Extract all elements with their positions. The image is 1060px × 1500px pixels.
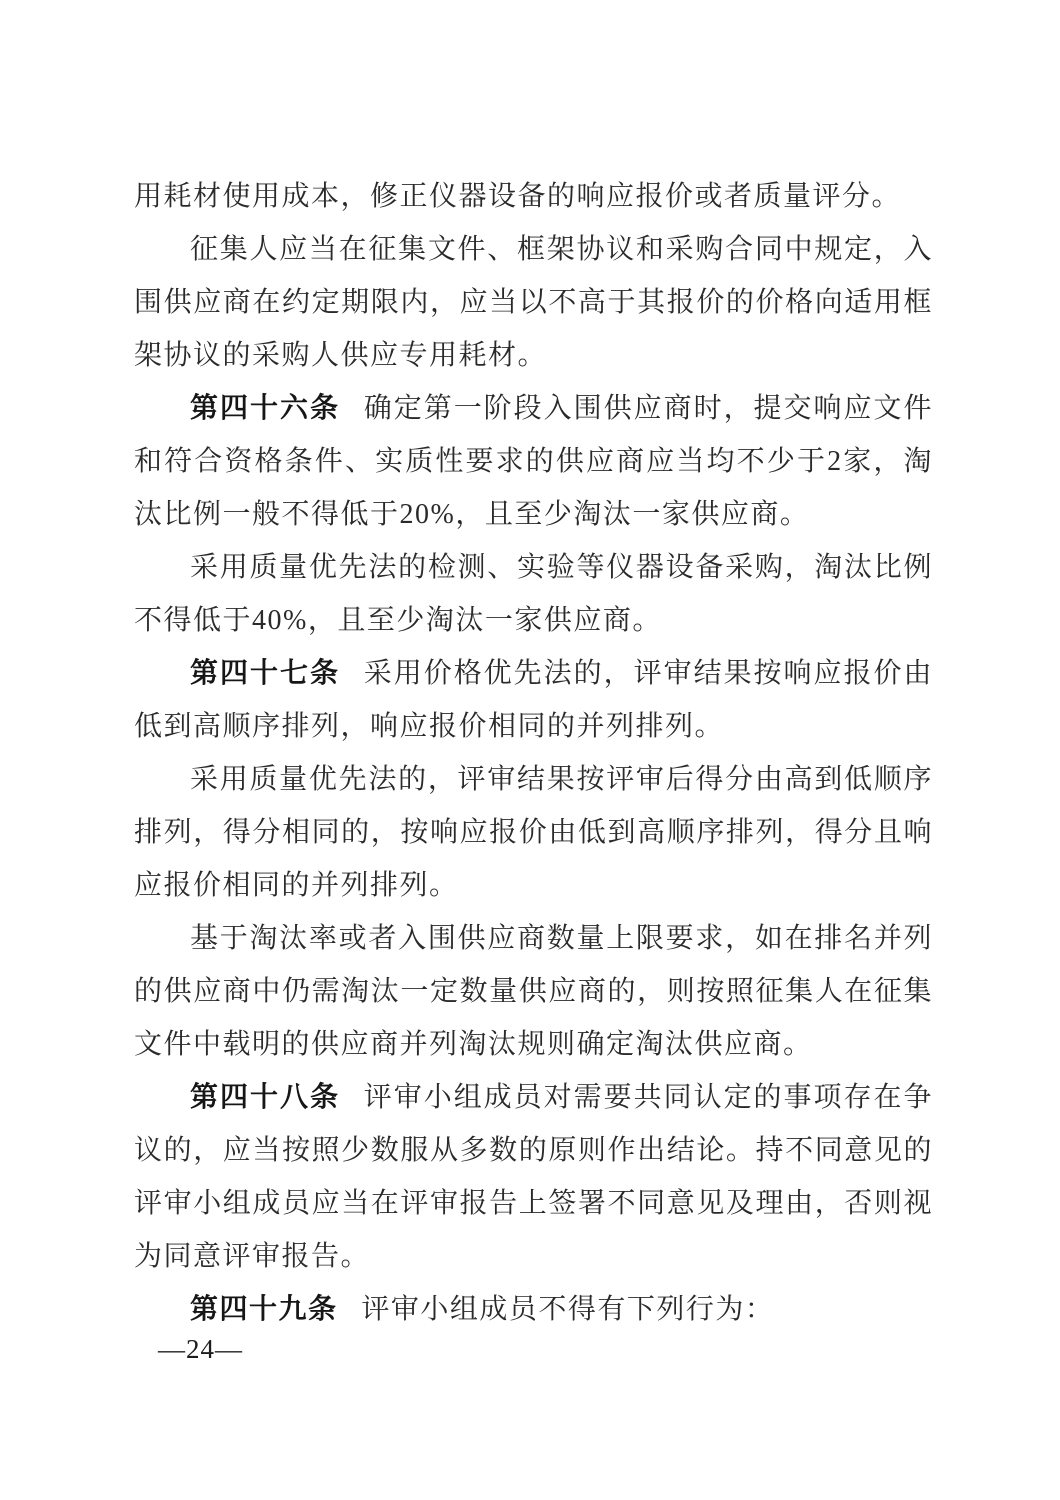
paragraph: 采用质量优先法的，评审结果按评审后得分由高到低顺序排列，得分相同的，按响应报价由… xyxy=(134,753,933,912)
article-48-number: 第四十八条 xyxy=(190,1082,340,1113)
paragraph: 基于淘汰率或者入围供应商数量上限要求，如在排名并列的供应商中仍需淘汰一定数量供应… xyxy=(134,912,933,1071)
article-47-number: 第四十七条 xyxy=(190,658,340,689)
paragraph-article-46: 第四十六条确定第一阶段入围供应商时，提交响应文件和符合资格条件、实质性要求的供应… xyxy=(134,382,933,541)
page-number: —24— xyxy=(158,1334,243,1365)
paragraph-continuation: 用耗材使用成本，修正仪器设备的响应报价或者质量评分。 xyxy=(134,170,933,223)
article-46-number: 第四十六条 xyxy=(190,393,340,424)
paragraph-text: 征集人应当在征集文件、框架协议和采购合同中规定，入围供应商在约定期限内，应当以不… xyxy=(134,234,933,371)
article-49-number: 第四十九条 xyxy=(190,1294,338,1325)
paragraph-article-47: 第四十七条采用价格优先法的，评审结果按响应报价由低到高顺序排列，响应报价相同的并… xyxy=(134,647,933,753)
paragraph-text: 用耗材使用成本，修正仪器设备的响应报价或者质量评分。 xyxy=(134,181,901,212)
paragraph: 采用质量优先法的检测、实验等仪器设备采购，淘汰比例不得低于40%，且至少淘汰一家… xyxy=(134,541,933,647)
paragraph: 征集人应当在征集文件、框架协议和采购合同中规定，入围供应商在约定期限内，应当以不… xyxy=(134,223,933,382)
paragraph-text: 评审小组成员不得有下列行为： xyxy=(361,1294,774,1325)
paragraph-text: 采用质量优先法的检测、实验等仪器设备采购，淘汰比例不得低于40%，且至少淘汰一家… xyxy=(134,552,933,636)
document-page: 用耗材使用成本，修正仪器设备的响应报价或者质量评分。 征集人应当在征集文件、框架… xyxy=(0,0,1060,1500)
paragraph-article-49: 第四十九条评审小组成员不得有下列行为： xyxy=(134,1283,933,1336)
paragraph-article-48: 第四十八条评审小组成员对需要共同认定的事项存在争议的，应当按照少数服从多数的原则… xyxy=(134,1071,933,1283)
paragraph-text: 基于淘汰率或者入围供应商数量上限要求，如在排名并列的供应商中仍需淘汰一定数量供应… xyxy=(134,923,933,1060)
paragraph-text: 采用质量优先法的，评审结果按评审后得分由高到低顺序排列，得分相同的，按响应报价由… xyxy=(134,764,933,901)
document-body: 用耗材使用成本，修正仪器设备的响应报价或者质量评分。 征集人应当在征集文件、框架… xyxy=(134,170,933,1336)
